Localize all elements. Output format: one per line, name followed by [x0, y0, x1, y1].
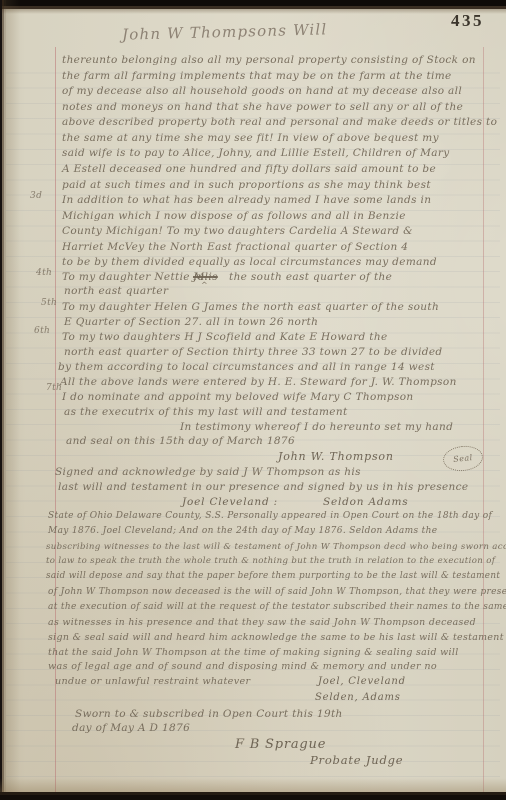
document-line: County Michigan! To my two daughters Car…: [62, 226, 413, 237]
document-line: All the above lands were entered by H. E…: [60, 377, 457, 388]
document-line: the south east quarter of the: [229, 272, 392, 283]
document-line: day of May A D 1876: [72, 723, 190, 734]
document-line: north east quarter of Section thirty thr…: [64, 347, 443, 358]
document-line: that the said John W Thompson at the tim…: [48, 648, 459, 657]
document-line: A Estell deceased one hundred and fifty …: [62, 164, 436, 175]
caret-mark: ^: [201, 282, 208, 290]
document-line: was of legal age and of sound and dispos…: [48, 662, 437, 672]
document-line: as the executrix of this my last will an…: [64, 407, 348, 418]
ledger-page: 435 John W Thompsons Will thereunto belo…: [0, 0, 506, 800]
document-line: north east quarter: [64, 286, 168, 297]
document-line: sign & seal said will and heard him ackn…: [48, 633, 504, 642]
signature-joel-cleveland: Joel Cleveland :: [182, 497, 278, 508]
signature-joel-cleveland-2: Joel, Cleveland: [318, 677, 406, 687]
document-line: May 1876. Joel Cleveland; And on the 24t…: [48, 527, 437, 536]
document-line: I do nominate and appoint my beloved wif…: [62, 392, 414, 403]
document-line: and seal on this 15th day of March 1876: [66, 436, 295, 447]
signature-selden-adams-2: Selden, Adams: [315, 693, 401, 703]
document-line: notes and moneys on hand that she have p…: [62, 102, 463, 113]
document-line: To my two daughters H J Scofield and Kat…: [62, 332, 388, 343]
document-line: by them according to local circumstances…: [58, 362, 435, 373]
document-line: In addition to what has been already nam…: [62, 195, 431, 206]
book-edge-top-shadow: [0, 9, 506, 14]
document-line: State of Ohio Delaware County, S.S. Pers…: [48, 512, 492, 521]
document-line: Signed and acknowledge by said J W Thomp…: [55, 467, 361, 478]
book-edge-top: [0, 0, 506, 9]
document-line: at the execution of said will at the req…: [48, 603, 506, 612]
signature-john-w-thompson: John W. Thompson: [278, 451, 394, 462]
section-number-7: 7th: [46, 384, 62, 393]
document-line: Harriet McVey the North East fractional …: [62, 242, 408, 253]
title-probate-judge: Probate Judge: [310, 755, 403, 767]
page-bottom-fade: [0, 778, 506, 793]
document-line: of John W Thompson now deceased is the w…: [48, 588, 506, 597]
document-line: In testimony whereof I do hereunto set m…: [180, 422, 453, 433]
signature-f-b-sprague: F B Sprague: [235, 738, 326, 751]
seal-label: Seal: [453, 453, 473, 464]
document-line: undue or unlawful restraint whatever: [55, 677, 250, 687]
document-line: last will and testament in our presence …: [58, 482, 468, 493]
document-line: to be by them divided equally as local c…: [62, 257, 437, 268]
section-number-4: 4th: [36, 269, 52, 278]
page-title: John W Thompsons Will: [122, 20, 328, 43]
document-line: thereunto belonging also all my personal…: [62, 55, 476, 66]
document-line: Sworn to & subscribed in Open Court this…: [75, 709, 343, 720]
page-number: 435: [451, 11, 484, 31]
document-line: above described property both real and p…: [62, 117, 497, 128]
signature-seldon-adams: Seldon Adams: [323, 497, 408, 508]
document-line: To my daughter Nettie M: [62, 272, 205, 283]
document-line: said will depose and say that the paper …: [46, 572, 500, 581]
section-number-6: 6th: [34, 327, 50, 336]
document-line: Michigan which I now dispose of as follo…: [62, 211, 406, 222]
document-line: paid at such times and in such proportio…: [62, 180, 431, 191]
book-edge-left-shadow: [6, 0, 20, 800]
document-line: the farm all farming implements that may…: [62, 71, 452, 82]
section-number-3: 3d: [30, 192, 42, 201]
right-margin-line: [483, 47, 484, 792]
book-edge-bottom: [0, 792, 506, 800]
section-number-5: 5th: [41, 299, 57, 308]
document-line: the same at any time she may see fit! In…: [62, 133, 439, 144]
document-line: of my decease also all household goods o…: [62, 86, 462, 97]
document-line: E Quarter of Section 27. all in town 26 …: [64, 317, 318, 328]
document-line: as witnesses in his presence and that th…: [48, 618, 476, 627]
document-line: To my daughter Helen G James the north e…: [62, 302, 439, 313]
document-line: said wife is to pay to Alice, Johny, and…: [62, 148, 449, 159]
document-line: to law to speak the truth the whole trut…: [46, 557, 495, 566]
document-line: subscribing witnesses to the last will &…: [46, 543, 506, 552]
